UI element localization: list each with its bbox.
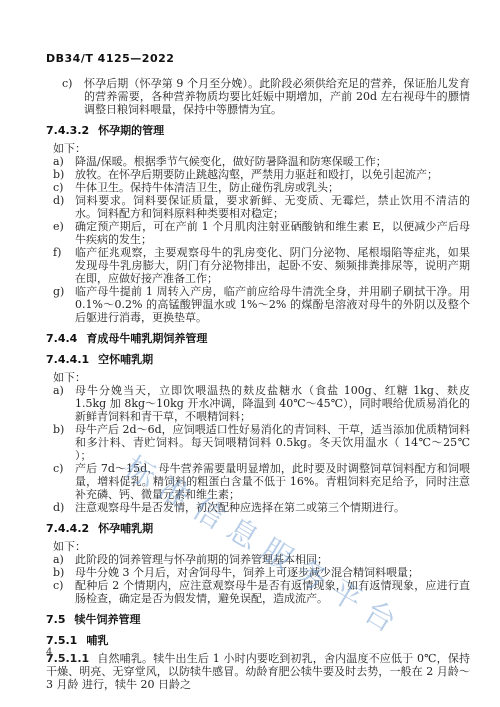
heading-number: 7.4.3.2 xyxy=(46,124,89,137)
heading-title: 怀孕哺乳期 xyxy=(98,522,153,535)
section-heading: 7.4.4.2怀孕哺乳期 xyxy=(46,522,470,535)
heading-number: 7.5.1 xyxy=(46,634,77,647)
list-item: a)此阶段的饲养管理与怀孕前期的饲养管理基本相同； xyxy=(53,553,470,566)
section-heading: 7.5犊牛饲养管理 xyxy=(46,613,470,626)
list-item-text: 母牛产后 2d～6d，应饲喂适口性好易消化的青饲料、干草，适当添加优质精饲料和多… xyxy=(75,423,470,462)
list-item-label: c) xyxy=(53,579,75,605)
clause-paragraph: 7.5.1.1自然哺乳。犊牛出生后 1 小时内要吃到初乳，舍内温度不应低于 0℃… xyxy=(46,652,470,691)
list-item: a)降温/保暖。根据季节气候变化，做好防暑降温和防寒保暖工作； xyxy=(53,155,470,168)
list-item-label: c) xyxy=(62,77,84,116)
list-item-text: 临产母牛提前 1 周转入产房，临产前应给母牛清洗全身，并用刷子刷拭干净。用 0.… xyxy=(75,285,470,324)
list-item-text: 放牧。在怀孕后期要防止跳越沟壑，严禁用力驱赶和殴打，以免引起流产； xyxy=(75,168,470,181)
list-item-label: b) xyxy=(53,423,75,462)
heading-title: 犊牛饲养管理 xyxy=(75,613,141,626)
list-item-label: b) xyxy=(53,566,75,579)
list-item-label: g) xyxy=(53,285,75,324)
list-item: d)饲料要求。饲料要保证质量，要求新鲜、无变质、无霉烂，禁止饮用不清洁的水。饲料… xyxy=(53,194,470,220)
clause-number: 7.5.1.1 xyxy=(46,652,89,665)
heading-title: 怀孕期的管理 xyxy=(98,124,164,137)
list-item-text: 饲料要求。饲料要保证质量，要求新鲜、无变质、无霉烂，禁止饮用不清洁的水。饲料配方… xyxy=(75,194,470,220)
list-item-label: d) xyxy=(53,501,75,514)
list-item-label: a) xyxy=(53,155,75,168)
heading-number: 7.4.4.1 xyxy=(46,353,89,366)
standard-code-header: DB34/T 4125—2022 xyxy=(46,52,470,65)
document-page: 标准信息服务平台 DB34/T 4125—2022 c)怀孕后期（怀孕第 9 个… xyxy=(0,0,500,707)
list-item: d)注意观察母牛是否发情，初次配种应选择在第二或第三个情期进行。 xyxy=(53,501,470,514)
paragraph: 如下： xyxy=(53,371,470,384)
heading-number: 7.4.4.2 xyxy=(46,522,89,535)
section-heading: 7.5.1哺乳 xyxy=(46,634,470,647)
list-item-text: 母牛分娩 3 个月后，对舍饲母牛，饲养上可逐步减少混合精饲料喂量； xyxy=(75,566,470,579)
section-heading: 7.4.4育成母牛哺乳期饲养管理 xyxy=(46,332,470,345)
list-item-label: c) xyxy=(53,181,75,194)
list-item: b)母牛产后 2d～6d，应饲喂适口性好易消化的青饲料、干草，适当添加优质精饲料… xyxy=(53,423,470,462)
clause-text: 自然哺乳。犊牛出生后 1 小时内要吃到初乳，舍内温度不应低于 0℃，保持干燥、明… xyxy=(46,652,470,691)
list-item-text: 配种后 2 个情期内，应注意观察母牛是否有返情现象，如有返情现象，应进行直肠检查… xyxy=(75,579,470,605)
list-item-text: 怀孕后期（怀孕第 9 个月至分娩）。此阶段必须供给充足的营养，保证胎儿发育的营养… xyxy=(84,77,470,116)
heading-title: 育成母牛哺乳期饲养管理 xyxy=(86,332,207,345)
list-item-text: 降温/保暖。根据季节气候变化，做好防暑降温和防寒保暖工作； xyxy=(75,155,470,168)
paragraph: 如下： xyxy=(53,142,470,155)
heading-number: 7.4.4 xyxy=(46,332,77,345)
list-item: e)确定预产期后，可在产前 1 个月肌肉注射亚硒酸钠和维生素 E，以便减少产后母… xyxy=(53,220,470,246)
list-item: b)母牛分娩 3 个月后，对舍饲母牛，饲养上可逐步减少混合精饲料喂量； xyxy=(53,566,470,579)
list-item: c)牛体卫生。保持牛体清洁卫生，防止碰伤乳房或乳头； xyxy=(53,181,470,194)
list-item-text: 此阶段的饲养管理与怀孕前期的饲养管理基本相同； xyxy=(75,553,470,566)
list-item: c)怀孕后期（怀孕第 9 个月至分娩）。此阶段必须供给充足的营养，保证胎儿发育的… xyxy=(62,77,470,116)
list-item-label: b) xyxy=(53,168,75,181)
list-item-label: a) xyxy=(53,553,75,566)
list-item-text: 母牛分娩当天，立即饮喂温热的麸皮盐糖水（食盐 100g、红糖 1kg、麸皮 1.… xyxy=(75,384,470,423)
list-item-text: 产后 7d～15d，母牛营养需要量明显增加，此时要及时调整饲草饲料配方和饲喂量，… xyxy=(75,462,470,501)
list-item-label: c) xyxy=(53,462,75,501)
list-item-label: a) xyxy=(53,384,75,423)
list-item: a)母牛分娩当天，立即饮喂温热的麸皮盐糖水（食盐 100g、红糖 1kg、麸皮 … xyxy=(53,384,470,423)
heading-title: 哺乳 xyxy=(86,634,108,647)
list-item-text: 牛体卫生。保持牛体清洁卫生，防止碰伤乳房或乳头； xyxy=(75,181,470,194)
page-content: DB34/T 4125—2022 c)怀孕后期（怀孕第 9 个月至分娩）。此阶段… xyxy=(46,0,470,691)
list-item-text: 确定预产期后，可在产前 1 个月肌肉注射亚硒酸钠和维生素 E，以便减少产后母牛疾… xyxy=(75,220,470,246)
list-item-label: f) xyxy=(53,246,75,285)
section-heading: 7.4.4.1空怀哺乳期 xyxy=(46,353,470,366)
list-item: f)临产征兆观察，主要观察母牛的乳房变化、阴门分泌物、尾根塌陷等症兆，如果发现母… xyxy=(53,246,470,285)
list-item: c)产后 7d～15d，母牛营养需要量明显增加，此时要及时调整饲草饲料配方和饲喂… xyxy=(53,462,470,501)
paragraph: 如下： xyxy=(53,540,470,553)
heading-title: 空怀哺乳期 xyxy=(98,353,153,366)
page-number: 4 xyxy=(46,647,52,658)
list-item-label: e) xyxy=(53,220,75,246)
list-item: b)放牧。在怀孕后期要防止跳越沟壑，严禁用力驱赶和殴打，以免引起流产； xyxy=(53,168,470,181)
section-heading: 7.4.3.2怀孕期的管理 xyxy=(46,124,470,137)
list-item-text: 注意观察母牛是否发情，初次配种应选择在第二或第三个情期进行。 xyxy=(75,501,470,514)
heading-number: 7.5 xyxy=(46,613,66,626)
list-item-label: d) xyxy=(53,194,75,220)
document-body: c)怀孕后期（怀孕第 9 个月至分娩）。此阶段必须供给充足的营养，保证胎儿发育的… xyxy=(46,77,470,691)
list-item-text: 临产征兆观察，主要观察母牛的乳房变化、阴门分泌物、尾根塌陷等症兆，如果发现母牛乳… xyxy=(75,246,470,285)
list-item: c)配种后 2 个情期内，应注意观察母牛是否有返情现象，如有返情现象，应进行直肠… xyxy=(53,579,470,605)
list-item: g)临产母牛提前 1 周转入产房，临产前应给母牛清洗全身，并用刷子刷拭干净。用 … xyxy=(53,285,470,324)
